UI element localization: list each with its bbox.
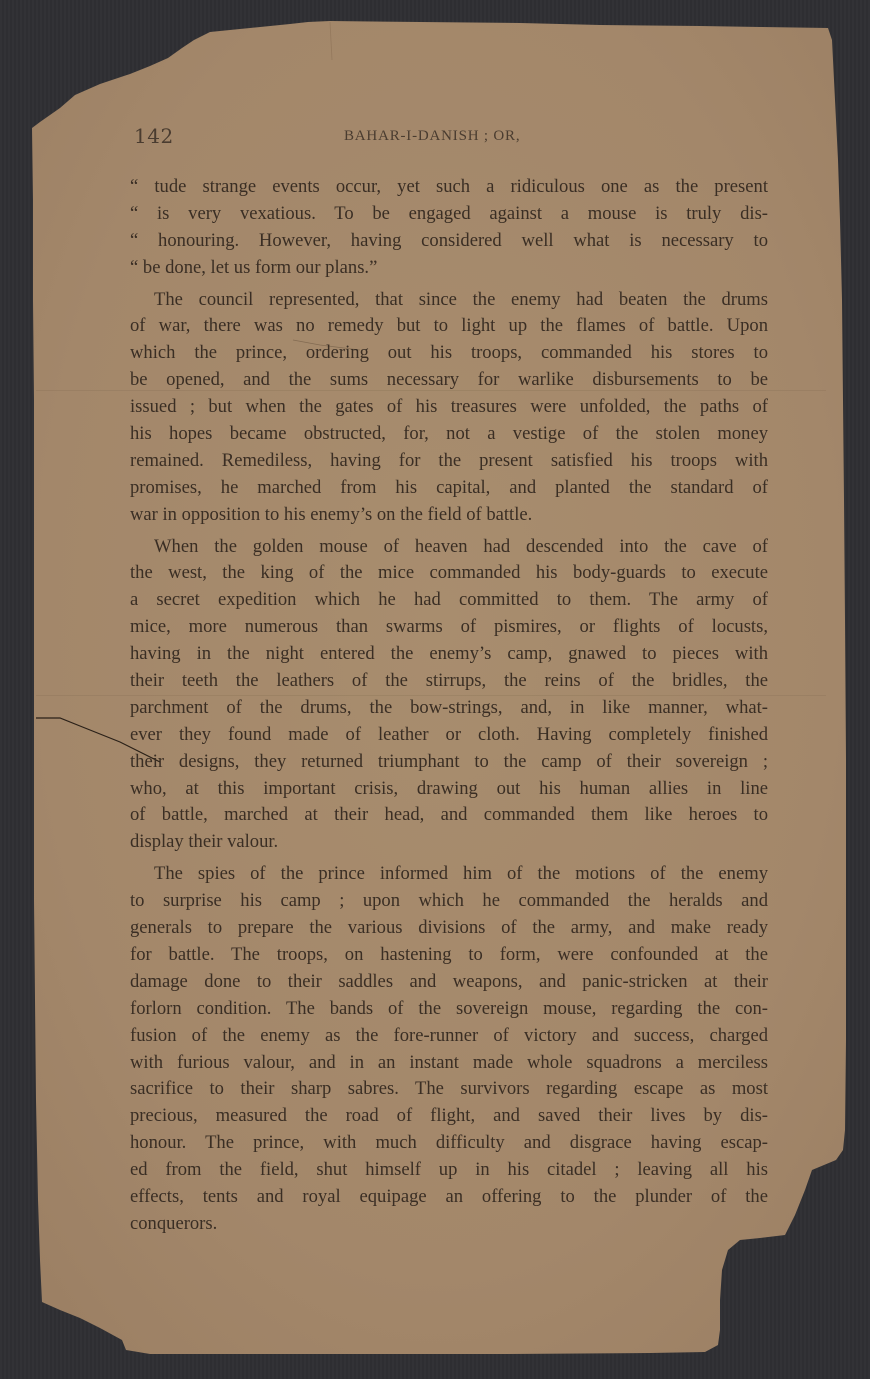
text-line: precious, measured the road of flight, a… xyxy=(130,1103,768,1130)
text-line: a secret expedition which he had committ… xyxy=(130,587,768,614)
text-line: their designs, they returned triumphant … xyxy=(130,749,768,776)
text-line: his hopes became obstructed, for, not a … xyxy=(130,421,768,448)
text-line: ed from the field, shut himself up in hi… xyxy=(130,1157,768,1184)
text-line: generals to prepare the various division… xyxy=(130,915,768,942)
paragraph-4: The spies of the prince informed him of … xyxy=(130,861,768,1237)
text-line: promises, he marched from his capital, a… xyxy=(130,475,768,502)
book-page: 142 BAHAR-I-DANISH ; OR, “ tude strange … xyxy=(0,0,870,1379)
text-line: war in opposition to his enemy’s on the … xyxy=(130,502,768,529)
text-line: remained. Remediless, having for the pre… xyxy=(130,448,768,475)
text-line: issued ; but when the gates of his treas… xyxy=(130,394,768,421)
text-line: for battle. The troops, on hastening to … xyxy=(130,942,768,969)
text-line: sacrifice to their sharp sabres. The sur… xyxy=(130,1076,768,1103)
text-line: display their valour. xyxy=(130,829,768,856)
text-line: damage done to their saddles and weapons… xyxy=(130,969,768,996)
text-line: be opened, and the sums necessary for wa… xyxy=(130,367,768,394)
text-line: the west, the king of the mice commanded… xyxy=(130,560,768,587)
paragraph-3: When the golden mouse of heaven had desc… xyxy=(130,534,768,857)
text-line: When the golden mouse of heaven had desc… xyxy=(130,534,768,561)
running-head: BAHAR-I-DANISH ; OR, xyxy=(344,128,520,145)
paragraph-2: The council represented, that since the … xyxy=(130,287,768,529)
text-line: mice, more numerous than swarms of pismi… xyxy=(130,614,768,641)
text-line: with furious valour, and in an instant m… xyxy=(130,1050,768,1077)
page-number: 142 xyxy=(134,124,174,148)
text-line: The council represented, that since the … xyxy=(130,287,768,314)
text-line: parchment of the drums, the bow-strings,… xyxy=(130,695,768,722)
text-line: The spies of the prince informed him of … xyxy=(130,861,768,888)
text-line: forlorn condition. The bands of the sove… xyxy=(130,996,768,1023)
text-line: ever they found made of leather or cloth… xyxy=(130,722,768,749)
body-text: “ tude strange events occur, yet such a … xyxy=(130,174,768,1243)
text-line: fusion of the enemy as the fore-runner o… xyxy=(130,1023,768,1050)
text-line: honour. The prince, with much difficulty… xyxy=(130,1130,768,1157)
text-line: their teeth the leathers of the stirrups… xyxy=(130,668,768,695)
text-line: of war, there was no remedy but to light… xyxy=(130,313,768,340)
text-line: having in the night entered the enemy’s … xyxy=(130,641,768,668)
text-line: conquerors. xyxy=(130,1211,768,1238)
text-line: “ tude strange events occur, yet such a … xyxy=(130,174,768,201)
text-line: of battle, marched at their head, and co… xyxy=(130,802,768,829)
text-line: which the prince, ordering out his troop… xyxy=(130,340,768,367)
text-line: “ be done, let us form our plans.” xyxy=(130,255,768,282)
text-line: “ honouring. However, having considered … xyxy=(130,228,768,255)
paragraph-1: “ tude strange events occur, yet such a … xyxy=(130,174,768,282)
text-line: who, at this important crisis, drawing o… xyxy=(130,776,768,803)
text-line: effects, tents and royal equipage an off… xyxy=(130,1184,768,1211)
text-line: to surprise his camp ; upon which he com… xyxy=(130,888,768,915)
text-line: “ is very vexatious. To be engaged again… xyxy=(130,201,768,228)
